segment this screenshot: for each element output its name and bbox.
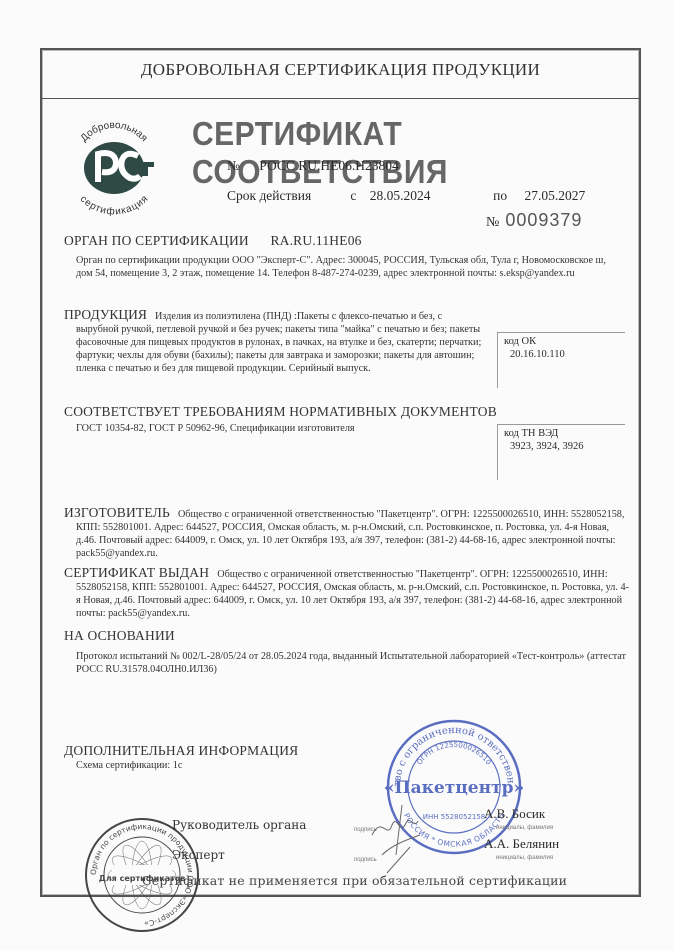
blank-serial-number: №0009379 xyxy=(486,210,582,231)
basis-text: Протокол испытаний № 002/L-28/05/24 от 2… xyxy=(64,650,632,676)
tnved-code-value: 3923, 3924, 3926 xyxy=(504,440,619,453)
expert-label: Эксперт xyxy=(172,848,225,862)
head-of-body-name: А.В. Босик xyxy=(484,806,545,822)
certificate-frame: ДОБРОВОЛЬНАЯ СЕРТИФИКАЦИЯ ПРОДУКЦИИ Добр… xyxy=(40,48,641,897)
name-caption: инициалы, фамилия xyxy=(496,855,553,861)
tnved-code-box: код ТН ВЭД 3923, 3924, 3926 xyxy=(497,424,625,480)
certification-body-heading: ОРГАН ПО СЕРТИФИКАЦИИ xyxy=(64,233,249,248)
footer-note: Сертификат не применяется при обязательн… xyxy=(142,873,567,888)
head-of-body-label: Руководитель органа xyxy=(172,818,306,832)
svg-text:сертификация: сертификация xyxy=(78,194,151,216)
additional-info-section: ДОПОЛНИТЕЛЬНАЯ ИНФОРМАЦИЯ Схема сертифик… xyxy=(64,743,298,772)
svg-text:Общество с ограниченной ответс: Общество с ограниченной ответственностью xyxy=(382,715,516,787)
additional-info-heading: ДОПОЛНИТЕЛЬНАЯ ИНФОРМАЦИЯ xyxy=(64,743,298,759)
manufacturer-section: ИЗГОТОВИТЕЛЬОбщество с ограниченной отве… xyxy=(64,506,632,560)
expert-name: А.А. Белянин xyxy=(484,836,559,852)
registration-number: № РОСС RU.НЕ06.Н23804 xyxy=(227,158,399,174)
normative-text: ГОСТ 10354-82, ГОСТ Р 50962-96, Специфик… xyxy=(64,422,504,435)
basis-heading: НА ОСНОВАНИИ xyxy=(64,628,632,644)
registration-number-value: РОСС RU.НЕ06.Н23804 xyxy=(259,158,398,173)
name-caption: инициалы, фамилия xyxy=(496,825,553,831)
ok-code-box: код ОК 20.16.10.110 xyxy=(497,332,625,388)
certification-body-text: Орган по сертификации продукции ООО "Экс… xyxy=(64,254,624,280)
certification-body-code: RA.RU.11НЕ06 xyxy=(270,233,361,248)
product-section: ПРОДУКЦИЯИзделия из полиэтилена (ПНД) :П… xyxy=(64,308,484,375)
normative-heading: СООТВЕТСТВУЕТ ТРЕБОВАНИЯМ НОРМАТИВНЫХ ДО… xyxy=(64,404,504,420)
svg-text:Добровольная: Добровольная xyxy=(79,120,150,144)
valid-to: 27.05.2027 xyxy=(525,188,586,204)
signature-caption: подпись xyxy=(354,857,377,863)
header-divider xyxy=(42,98,639,99)
normative-docs-section: СООТВЕТСТВУЕТ ТРЕБОВАНИЯМ НОРМАТИВНЫХ ДО… xyxy=(64,404,504,435)
validity-period: Срок действия с 28.05.2024 по 27.05.2027 xyxy=(227,188,585,204)
svg-text:ОГРН 1225500026510: ОГРН 1225500026510 xyxy=(416,741,493,766)
issued-to-heading: СЕРТИФИКАТ ВЫДАН xyxy=(64,565,209,580)
basis-section: НА ОСНОВАНИИ Протокол испытаний № 002/L-… xyxy=(64,628,632,676)
svg-text:ИНН 5528052158: ИНН 5528052158 xyxy=(423,813,486,821)
manufacturer-heading: ИЗГОТОВИТЕЛЬ xyxy=(64,505,170,520)
rst-logo-icon: Добровольная сертификация xyxy=(64,116,164,216)
valid-from: 28.05.2024 xyxy=(370,188,490,204)
signature-caption: подпись xyxy=(354,827,377,833)
certificate-title: СЕРТИФИКАТ СООТВЕТСТВИЯ xyxy=(192,116,639,192)
certification-body-section: ОРГАН ПО СЕРТИФИКАЦИИ RA.RU.11НЕ06 Орган… xyxy=(64,233,624,280)
top-heading: ДОБРОВОЛЬНАЯ СЕРТИФИКАЦИЯ ПРОДУКЦИИ xyxy=(42,60,639,80)
product-heading: ПРОДУКЦИЯ xyxy=(64,307,147,322)
ok-code-value: 20.16.10.110 xyxy=(504,348,619,361)
additional-info-text: Схема сертификации: 1с xyxy=(64,759,298,772)
issued-to-section: СЕРТИФИКАТ ВЫДАНОбщество с ограниченной … xyxy=(64,566,632,620)
